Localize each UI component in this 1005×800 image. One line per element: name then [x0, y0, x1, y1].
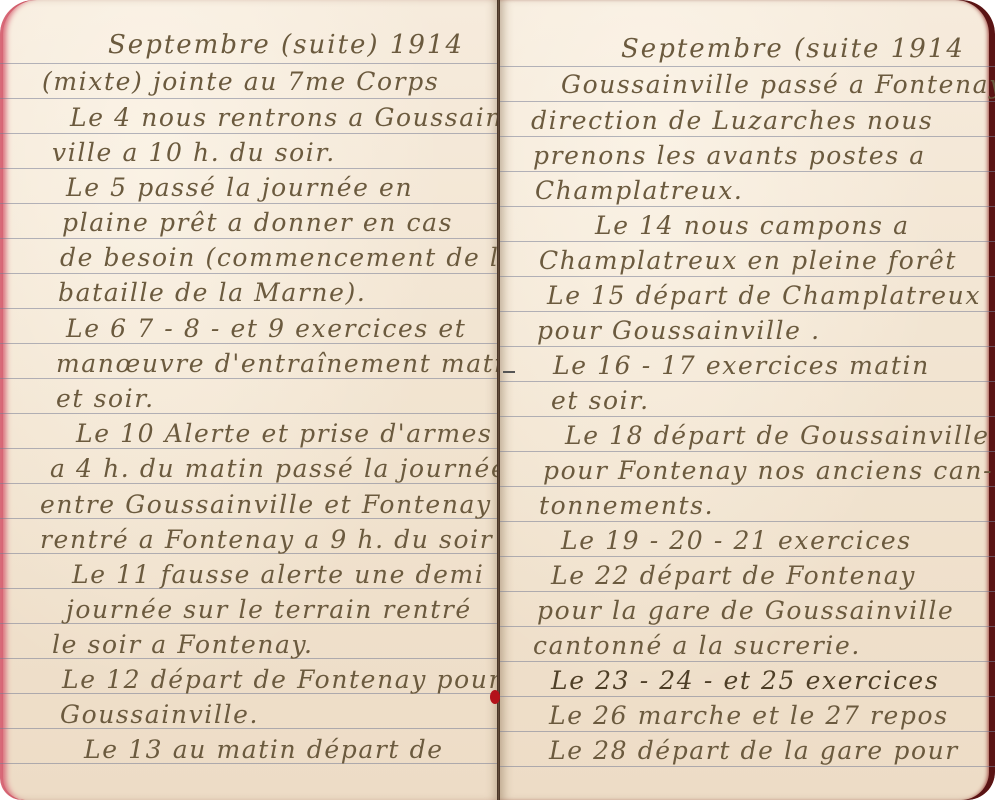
ruled-line	[499, 766, 995, 767]
ruled-line	[499, 696, 995, 697]
diary-line: Goussainville.	[60, 700, 259, 730]
diary-line: Le 10 Alerte et prise d'armes	[76, 419, 492, 449]
ruled-line	[499, 381, 995, 382]
diary-line: Le 6 7 - 8 - et 9 exercices et	[66, 314, 466, 344]
diary-line: Le 18 départ de Goussainville	[565, 421, 990, 451]
diary-line: Le 22 départ de Fontenay	[551, 561, 916, 591]
diary-line: prenons les avants postes a	[533, 141, 926, 171]
diary-line: rentré a Fontenay a 9 h. du soir	[40, 525, 493, 555]
diary-line: (mixte) jointe au 7me Corps	[42, 67, 439, 97]
ruled-line	[499, 206, 995, 207]
ruled-line	[0, 308, 498, 309]
ruled-line	[499, 276, 995, 277]
diary-line: pour la gare de Goussainville	[537, 596, 954, 626]
ruled-line	[499, 311, 995, 312]
diary-line: Le 5 passé la journée en	[66, 173, 413, 203]
diary-line: Champlatreux.	[535, 176, 743, 206]
diary-line: Le 15 départ de Champlatreux	[547, 281, 981, 311]
notebook-spine	[497, 0, 500, 800]
diary-line: pour Fontenay nos anciens can-	[543, 456, 993, 486]
diary-line: Le 28 départ de la gare pour	[549, 736, 959, 766]
ruled-line	[499, 661, 995, 662]
diary-line: Le 26 marche et le 27 repos	[549, 701, 949, 731]
ruled-line	[499, 136, 995, 137]
open-notebook: Septembre (suite) 1914 (mixte) jointe au…	[0, 0, 1005, 800]
ruled-line	[0, 238, 498, 239]
ruled-line	[499, 66, 995, 67]
diary-line: Le 13 au matin départ de	[84, 735, 444, 765]
ruled-line	[0, 273, 498, 274]
diary-line: Le 14 nous campons a	[595, 211, 910, 241]
ruled-line	[499, 731, 995, 732]
diary-line: et soir.	[551, 386, 650, 416]
diary-line: Le 19 - 20 - 21 exercices	[561, 526, 912, 556]
red-ink-blot	[490, 690, 500, 704]
ruled-line	[499, 101, 995, 102]
page-heading: Septembre (suite) 1914	[108, 30, 464, 60]
ruled-line	[499, 241, 995, 242]
ruled-line	[0, 63, 498, 64]
ruled-line	[499, 521, 995, 522]
ruled-line	[0, 133, 498, 134]
diary-line: Champlatreux en pleine forêt	[539, 246, 957, 276]
diary-line: de besoin (commencement de la	[60, 243, 498, 273]
diary-line: pour Goussainville .	[537, 316, 821, 346]
diary-line: Le 16 - 17 exercices matin	[553, 351, 930, 381]
diary-line: bataille de la Marne).	[58, 278, 366, 308]
ruled-line	[499, 171, 995, 172]
margin-mark	[503, 371, 515, 373]
diary-line: ville a 10 h. du soir.	[52, 138, 336, 168]
page-heading: Septembre (suite 1914	[621, 34, 965, 64]
diary-line: tonnements.	[539, 491, 714, 521]
ruled-line	[0, 203, 498, 204]
diary-line: Le 11 fausse alerte une demi	[72, 560, 484, 590]
ruled-line	[0, 98, 498, 99]
ruled-line	[499, 416, 995, 417]
diary-line: et soir.	[56, 384, 155, 414]
right-page: Septembre (suite 1914 Goussainville pass…	[499, 0, 995, 800]
diary-line: le soir a Fontenay.	[52, 630, 314, 660]
diary-line: Goussainville passé a Fontenay	[561, 70, 995, 100]
diary-line: Le 12 départ de Fontenay pour	[62, 665, 498, 695]
diary-line: a 4 h. du matin passé la journée	[50, 454, 498, 484]
left-page: Septembre (suite) 1914 (mixte) jointe au…	[0, 0, 498, 800]
diary-line: Le 4 nous rentrons a Goussain-	[70, 103, 498, 133]
diary-line: cantonné a la sucrerie.	[533, 631, 861, 661]
diary-line: entre Goussainville et Fontenay	[40, 490, 492, 520]
diary-line: plaine prêt a donner en cas	[62, 208, 453, 238]
ruled-line	[499, 346, 995, 347]
ruled-line	[0, 168, 498, 169]
ruled-line	[499, 451, 995, 452]
ruled-line	[499, 591, 995, 592]
diary-line: Le 23 - 24 - et 25 exercices	[551, 666, 939, 696]
diary-line: manœuvre d'entraînement matin	[56, 349, 498, 379]
ruled-line	[499, 486, 995, 487]
ruled-line	[499, 626, 995, 627]
diary-line: direction de Luzarches nous	[531, 106, 933, 136]
diary-line: journée sur le terrain rentré	[66, 595, 472, 625]
ruled-line	[499, 556, 995, 557]
